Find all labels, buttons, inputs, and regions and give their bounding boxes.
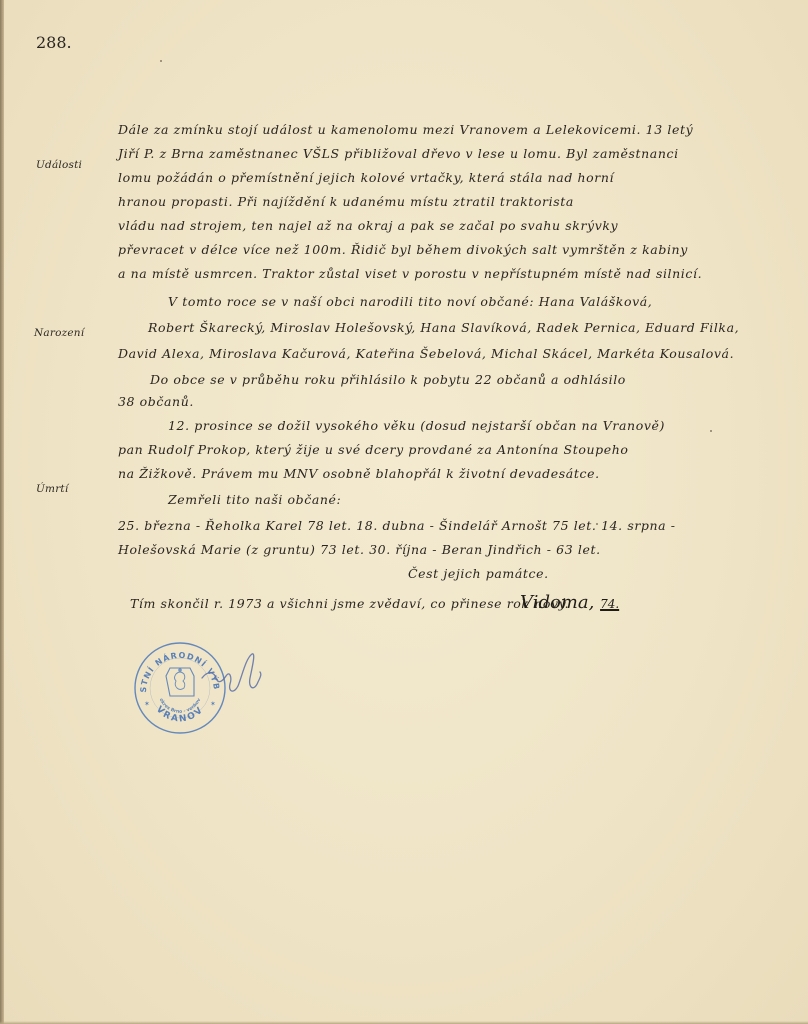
- margin-note-events: Události: [36, 160, 82, 171]
- stamp-bottom-text: VRANOV: [154, 705, 206, 725]
- deaths-line: Holešovská Marie (z gruntu) 73 let. 30. …: [118, 544, 601, 557]
- page-number: 288.: [36, 35, 72, 51]
- births-names-line: David Alexa, Miroslava Kačurová, Kateřin…: [118, 348, 734, 361]
- margin-note-births: Narození: [34, 328, 84, 339]
- jubilee-line: 12. prosince se dožil vysokého věku (dos…: [168, 420, 665, 433]
- paper-speck: [710, 430, 712, 432]
- jubilee-line: pan Rudolf Prokop, který žije u své dcer…: [118, 444, 628, 457]
- paper-speck: [160, 60, 162, 62]
- events-line: hranou propasti. Při najíždění k udanému…: [118, 196, 574, 209]
- jubilee-line: na Žižkově. Právem mu MNV osobně blahopř…: [118, 468, 600, 481]
- chronicle-page: 288. Události Narození Úmrtí Dále za zmí…: [0, 0, 808, 1024]
- page-binding-edge: [0, 0, 4, 1024]
- svg-text:✶: ✶: [144, 700, 150, 708]
- signature-year: 74.: [600, 597, 619, 611]
- births-names-line: Robert Škarecký, Miroslav Holešovský, Ha…: [148, 322, 739, 335]
- deaths-memorial: Čest jejich památce.: [408, 568, 549, 581]
- events-line: Dále za zmínku stojí událost u kamenolom…: [118, 124, 693, 137]
- chronicler-signature: Vidoma, 74.: [520, 592, 619, 613]
- deaths-line: 25. března - Řeholka Karel 78 let. 18. d…: [118, 520, 676, 533]
- events-line: Jiří P. z Brna zaměstnanec VŠLS přibližo…: [118, 148, 679, 161]
- svg-text:VRANOV: VRANOV: [154, 705, 206, 725]
- births-intro: V tomto roce se v naší obci narodili tit…: [168, 296, 652, 309]
- official-signature-icon: [200, 648, 280, 708]
- migration-line: Do obce se v průběhu roku přihlásilo k p…: [150, 374, 626, 387]
- events-line: a na místě usmrcen. Traktor zůstal viset…: [118, 268, 702, 281]
- events-line: vládu nad strojem, ten najel až na okraj…: [118, 220, 618, 233]
- events-line: převracet v délce více než 100m. Řidič b…: [118, 244, 688, 257]
- deaths-intro: Zemřeli tito naši občané:: [168, 494, 341, 507]
- closing-text: Tím skončil r. 1973 a všichni jsme zvěda…: [130, 598, 569, 611]
- events-line: lomu požádán o přemístnění jejich kolové…: [118, 172, 614, 185]
- margin-note-deaths: Úmrtí: [36, 484, 68, 495]
- migration-line: 38 občanů.: [118, 396, 194, 409]
- signature-name: Vidoma,: [520, 592, 594, 613]
- paper-speck: [596, 523, 598, 525]
